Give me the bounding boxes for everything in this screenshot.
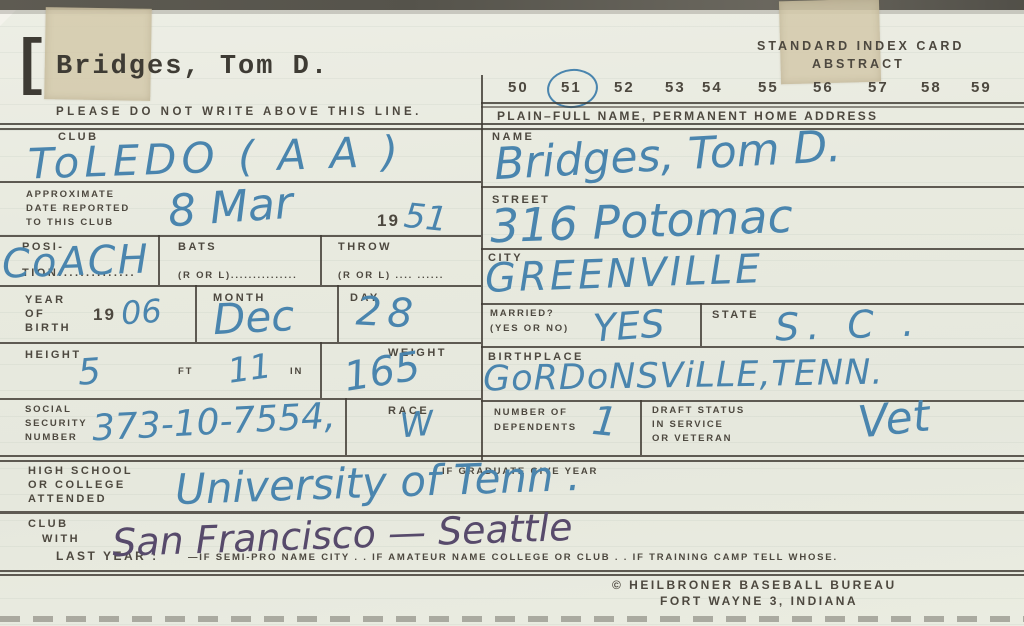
birth-day-value: 28 — [355, 291, 420, 334]
ssn-value: 373-10-7554, — [91, 399, 336, 448]
height-inches-value: 11 — [226, 349, 274, 389]
married-label-1: MARRIED? — [490, 308, 555, 319]
rule — [195, 285, 197, 342]
ssn-label-2: SECURITY — [25, 418, 87, 429]
street-value: 316 Potomac — [489, 193, 793, 250]
rule — [0, 570, 1024, 572]
club-with-label-1: CLUB — [28, 518, 69, 530]
filing-bracket: [ — [12, 30, 49, 101]
date-reported-value: 8 Mar — [167, 182, 295, 235]
draft-status-value: Vet — [856, 394, 932, 445]
dependents-label-1: NUMBER OF — [494, 407, 568, 418]
draft-label-3: OR VETERAN — [652, 433, 732, 444]
year-55: 55 — [758, 79, 779, 96]
weight-value: 165 — [341, 346, 423, 397]
height-feet-value: 5 — [77, 354, 102, 392]
birth-printed-century: 19 — [93, 305, 116, 325]
bats-sublabel: (R OR L)............... — [178, 270, 298, 281]
dependents-label-2: DEPENDENTS — [494, 422, 577, 433]
year-of-birth-label-2: OF — [25, 308, 45, 320]
race-value: W — [399, 407, 435, 444]
school-label-2: OR COLLEGE — [28, 479, 126, 491]
rule — [158, 235, 160, 285]
height-in-label: IN — [290, 366, 303, 377]
rule — [640, 400, 642, 455]
rule — [0, 123, 1024, 125]
date-reported-label-1: APPROXIMATE — [26, 189, 115, 200]
column-divider — [481, 75, 483, 460]
city-value: GREENVILLE — [484, 249, 763, 299]
year-57: 57 — [868, 79, 889, 96]
draft-label-2: IN SERVICE — [652, 419, 724, 430]
scan-bottom-artifact — [0, 616, 1024, 622]
year-58: 58 — [921, 79, 942, 96]
name-value: Bridges, Tom D. — [493, 125, 842, 187]
rule — [337, 285, 339, 342]
birthplace-value: GoRDoNSViLLE,TENN. — [483, 356, 884, 398]
throw-sublabel: (R OR L) .... ...... — [338, 270, 444, 281]
copyright-line-1: © HEILBRONER BASEBALL BUREAU — [612, 578, 897, 592]
school-label-1: HIGH SCHOOL — [28, 465, 133, 477]
year-52: 52 — [614, 79, 635, 96]
date-reported-label-3: TO THIS CLUB — [26, 217, 114, 228]
club-value: ToLEDO ( A A ) — [27, 130, 403, 185]
throw-label: THROW — [338, 241, 392, 253]
school-value: University of Tenn . — [174, 455, 581, 511]
year-54: 54 — [702, 79, 723, 96]
rule — [481, 303, 1024, 305]
date-printed-century: 19 — [377, 211, 400, 231]
date-reported-label-2: DATE REPORTED — [26, 203, 130, 214]
rule — [0, 128, 1024, 130]
do-not-write-note: PLEASE DO NOT WRITE ABOVE THIS LINE. — [56, 106, 422, 118]
bats-label: BATS — [178, 241, 217, 253]
club-with-label-2: WITH — [42, 533, 80, 545]
height-ft-label: FT — [178, 366, 193, 377]
rule — [481, 346, 1024, 348]
rule — [700, 303, 702, 346]
birth-year-value: 06 — [120, 295, 163, 330]
state-label: STATE — [712, 309, 759, 321]
rule — [481, 102, 1024, 104]
rule — [0, 574, 1024, 576]
rule — [481, 400, 1024, 402]
card-title-line1: STANDARD INDEX CARD — [757, 39, 964, 53]
married-value: YES — [592, 305, 666, 348]
height-label: HEIGHT — [25, 349, 82, 361]
state-value: S. C . — [774, 303, 922, 346]
year-of-birth-label-1: YEAR — [25, 294, 66, 306]
copyright-line-2: FORT WAYNE 3, INDIANA — [660, 594, 858, 608]
year-56: 56 — [813, 79, 834, 96]
year-59: 59 — [971, 79, 992, 96]
married-label-2: (YES OR NO) — [490, 323, 569, 334]
card-title-line2: ABSTRACT — [812, 57, 905, 71]
dependents-value: 1 — [590, 401, 619, 443]
year-of-birth-label-3: BIRTH — [25, 322, 71, 334]
school-label-3: ATTENDED — [28, 493, 107, 505]
draft-label-1: DRAFT STATUS — [652, 405, 745, 416]
date-year-value: 51 — [402, 199, 449, 237]
birth-month-value: Dec — [212, 295, 295, 341]
year-50: 50 — [508, 79, 529, 96]
ssn-label-1: SOCIAL — [25, 404, 72, 415]
rule — [481, 106, 1024, 108]
rule — [320, 342, 322, 398]
ssn-label-3: NUMBER — [25, 432, 78, 443]
index-card: [ Bridges, Tom D. PLEASE DO NOT WRITE AB… — [0, 0, 1024, 626]
rule — [0, 285, 481, 287]
year-53: 53 — [665, 79, 686, 96]
typed-player-name: Bridges, Tom D. — [56, 52, 329, 82]
rule — [320, 235, 322, 285]
rule — [345, 398, 347, 455]
position-value: CoACH — [1, 239, 150, 284]
